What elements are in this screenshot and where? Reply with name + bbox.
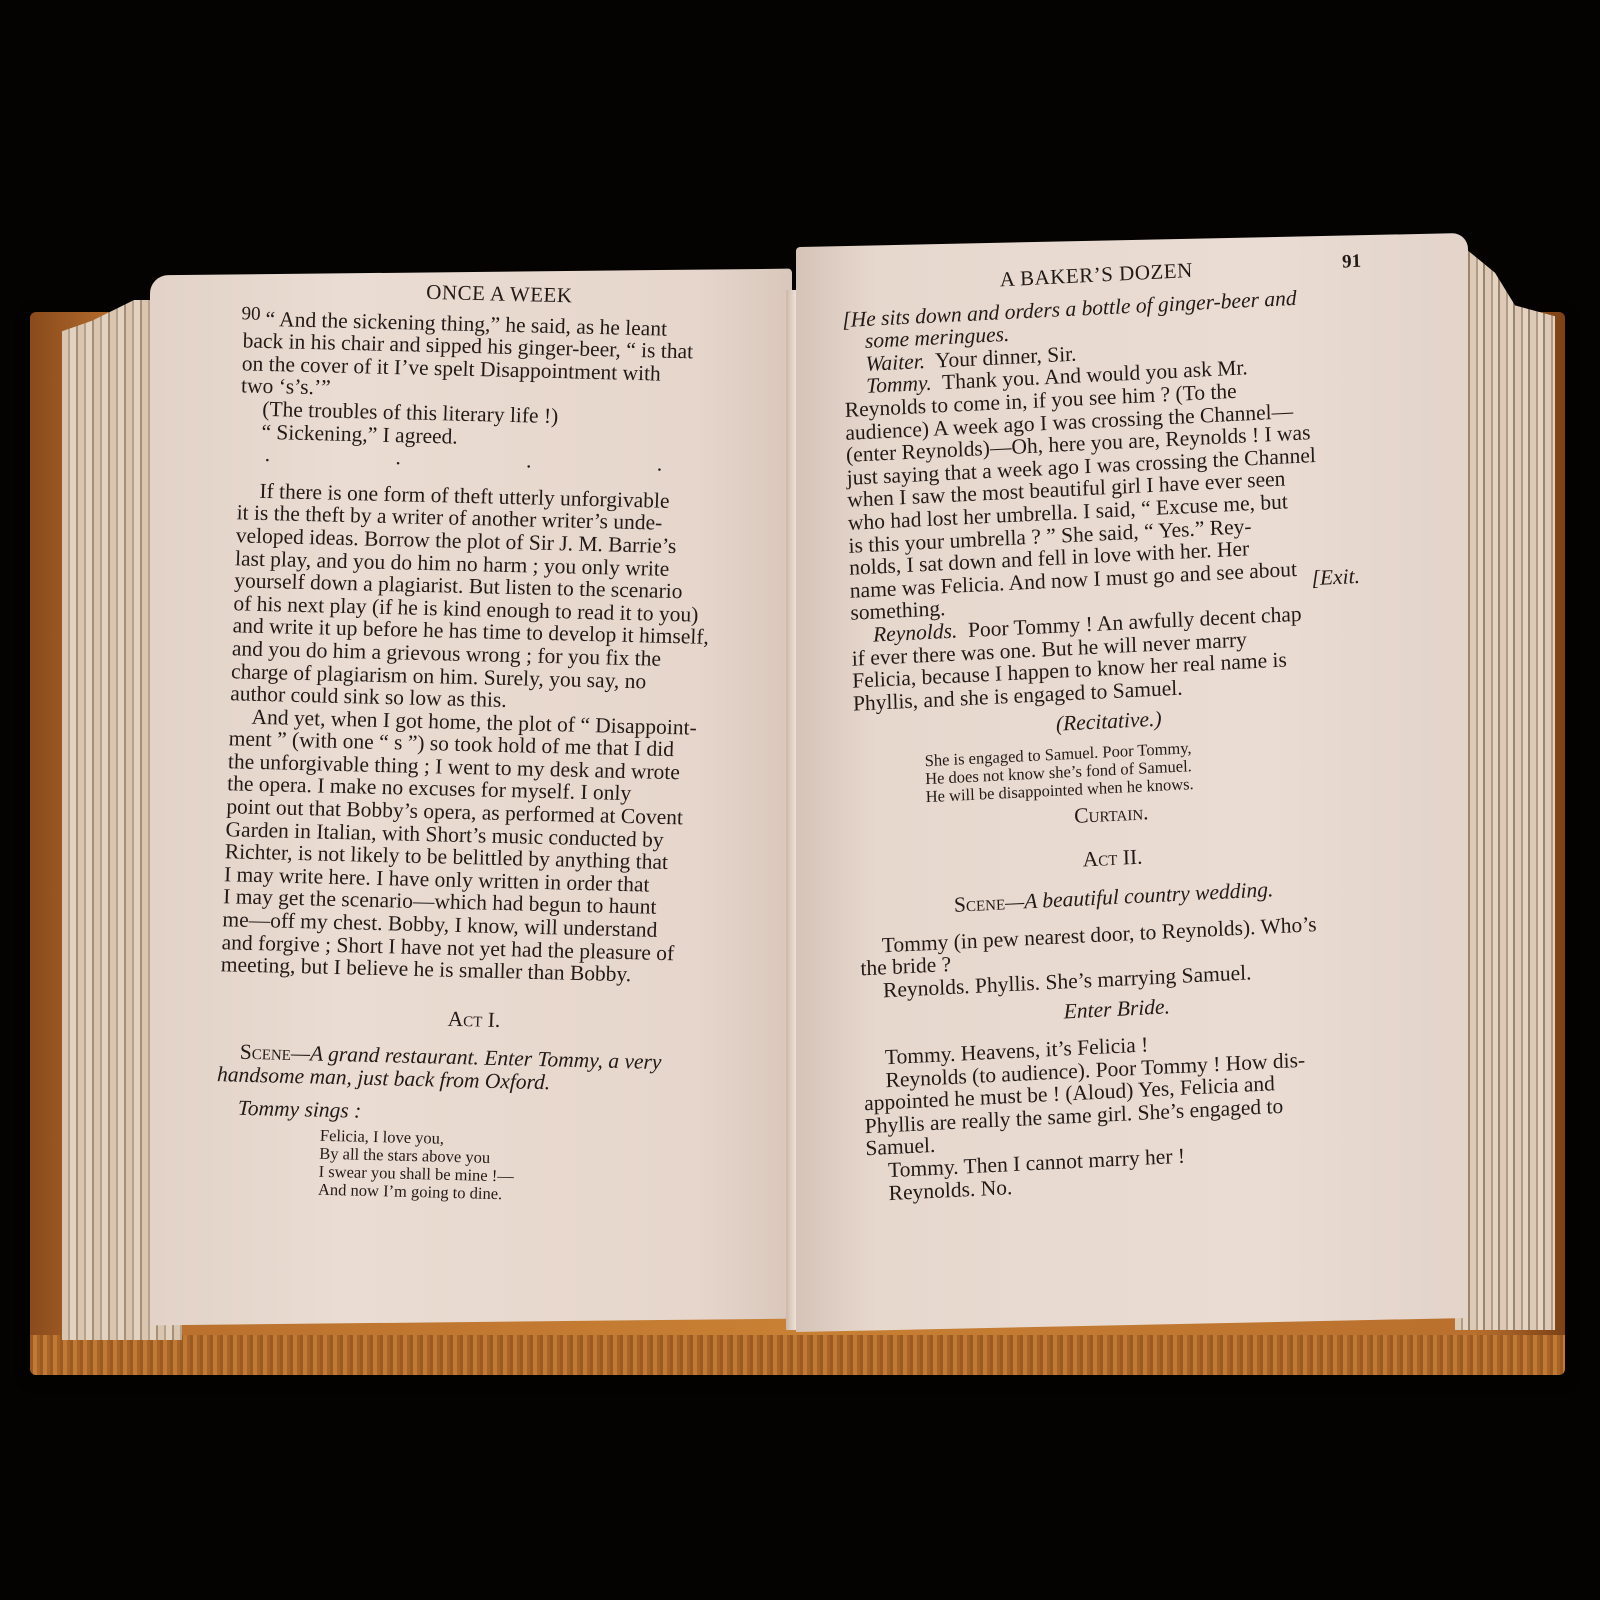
scene-label: Scene <box>239 1040 291 1065</box>
left-page: ONCE A WEEK 90 “ And the sickening thing… <box>150 269 792 1326</box>
right-page: A BAKER’S DOZEN 91 [He sits down and ord… <box>796 233 1468 1332</box>
text-something: something. <box>850 596 946 625</box>
right-page-text: A BAKER’S DOZEN 91 [He sits down and ord… <box>841 249 1377 1205</box>
song-verse: Felicia, I love you, By all the stars ab… <box>213 1124 725 1208</box>
leather-cover-edge <box>30 1335 1565 1375</box>
left-page-text: ONCE A WEEK 90 “ And the sickening thing… <box>213 274 755 1208</box>
page-number-left: 90 <box>241 303 261 326</box>
page-edges-right <box>1455 240 1555 1330</box>
exit-direction: [Exit. <box>1311 565 1360 590</box>
scene-label: Scene <box>954 890 1006 916</box>
page-number-right: 91 <box>1342 251 1362 275</box>
photo-scene: ONCE A WEEK 90 “ And the sickening thing… <box>0 0 1600 1600</box>
